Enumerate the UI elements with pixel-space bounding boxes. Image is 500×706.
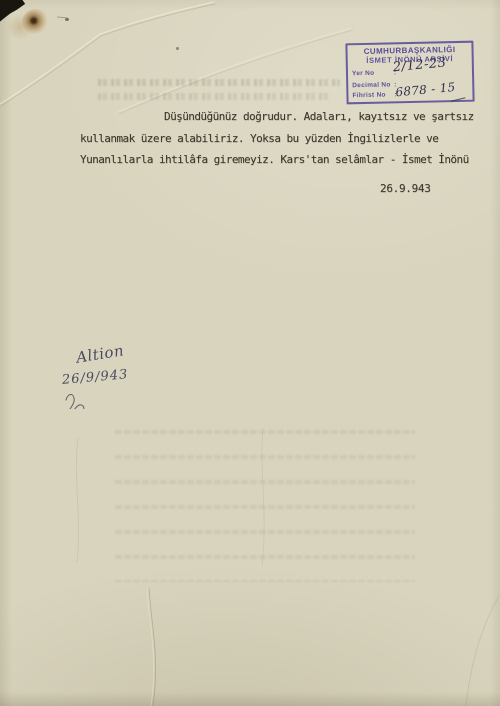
stamp-field-label: Fihrist No	[352, 91, 394, 99]
stamp-field-yer-no: Yer No:	[352, 69, 397, 77]
bleedthrough-text-row	[98, 93, 328, 100]
letter-body: Düşündüğünüz doğrudur. Adaları, kayıtsız…	[80, 106, 480, 171]
handwritten-underline	[451, 97, 466, 101]
letter-line: Yunanlılarla ihtilâfa giremeyiz. Kars'ta…	[80, 149, 480, 171]
stamp-field-label: Decimal No	[352, 81, 394, 89]
scanned-letter-page: CUMHURBAŞKANLIĞI İSMET İNÖNÜ ARŞİVİ Yer …	[0, 0, 500, 706]
bleedthrough-text-block	[115, 430, 415, 582]
letter-line: Düşündüğünüz doğrudur. Adaları, kayıtsız…	[80, 106, 480, 128]
paper-scratch	[57, 16, 68, 18]
bleedthrough-text-row	[98, 79, 340, 86]
handwritten-date: 26/9/943	[61, 367, 128, 388]
stamp-field-decimal-no: Decimal No:	[352, 81, 397, 89]
paper-speck	[176, 47, 179, 50]
burn-stain	[22, 9, 50, 35]
signature-scribble	[64, 391, 164, 409]
letter-line: kullanmak üzere alabiliriz. Yoksa bu yüz…	[80, 128, 480, 150]
stamp-field-label: Yer No	[352, 69, 394, 77]
archive-stamp: CUMHURBAŞKANLIĞI İSMET İNÖNÜ ARŞİVİ Yer …	[345, 41, 474, 105]
handwritten-note: Altion 26/9/943	[62, 342, 182, 414]
letter-date: 26.9.943	[380, 178, 431, 200]
stamp-field-fihrist-no: Fihrist No:	[352, 91, 397, 99]
handwritten-word: Altion	[75, 341, 125, 366]
stamp-fihrist-no-value: 6878 - 15	[395, 80, 456, 99]
